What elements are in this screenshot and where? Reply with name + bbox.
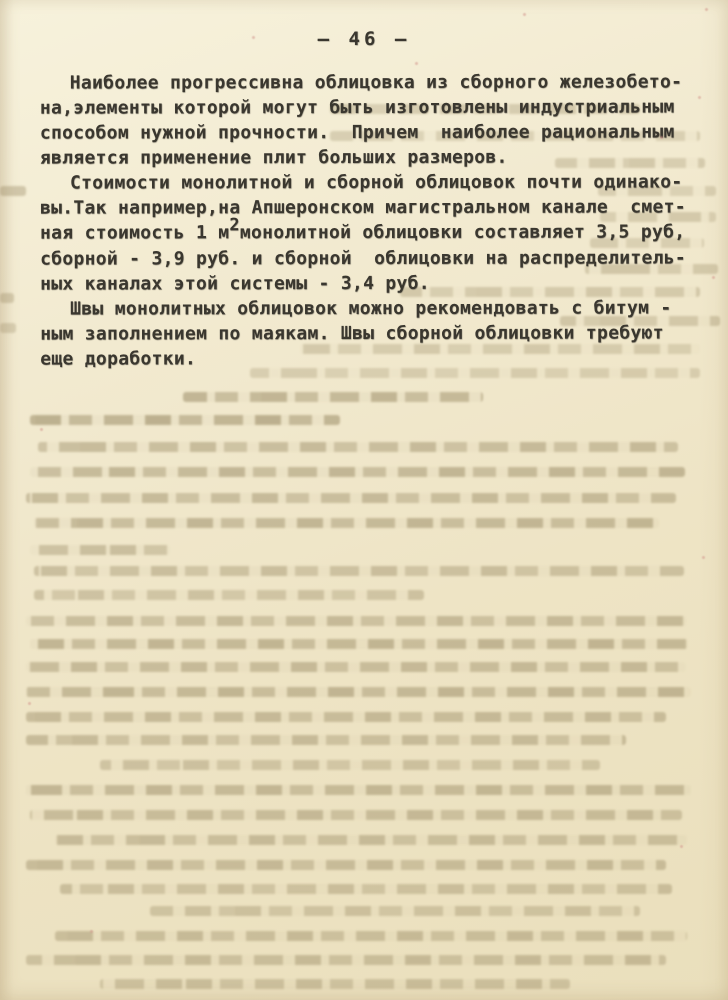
ghost-text-line bbox=[100, 760, 600, 770]
ghost-text-line bbox=[34, 590, 424, 600]
ghost-text-line bbox=[26, 616, 686, 626]
text-line: на,элементы которой могут быть изготовле… bbox=[40, 94, 700, 120]
text-segment: монолитной облицовки составляет 3,5 руб, bbox=[240, 221, 686, 243]
page-number: — 46 — bbox=[0, 28, 728, 50]
ghost-text-line bbox=[55, 835, 687, 845]
text-line: является применение плит больших размеро… bbox=[40, 144, 700, 170]
ghost-text-line bbox=[30, 415, 340, 425]
ghost-text-line bbox=[30, 639, 688, 649]
ghost-text-line bbox=[30, 545, 170, 555]
ghost-text-line bbox=[26, 860, 666, 870]
ghost-text-line bbox=[34, 518, 659, 528]
ghost-text-line bbox=[0, 323, 16, 333]
ghost-text-line bbox=[26, 735, 626, 745]
ghost-text-line bbox=[30, 810, 682, 820]
paragraph: Швы монолитных облицовок можно рекомендо… bbox=[40, 295, 700, 371]
ghost-text-line bbox=[100, 979, 570, 989]
ghost-text-line bbox=[0, 293, 14, 303]
text-line: ным заполнением по маякам. Швы сборной о… bbox=[40, 320, 700, 346]
scan-speckle bbox=[40, 428, 43, 431]
scan-speckle bbox=[705, 8, 708, 11]
scan-speckle bbox=[712, 276, 715, 279]
text-line: Наиболее прогрессивна облицовка из сборн… bbox=[40, 69, 700, 95]
text-line: сборной - 3,9 руб. и сборной облицовки н… bbox=[40, 245, 700, 271]
ghost-text-line bbox=[26, 785, 691, 795]
text-line: вы.Так например,на Апшеронском магистрал… bbox=[40, 194, 700, 220]
scanned-document-page: — 46 — Наиболее прогрессивна облицовка и… bbox=[0, 0, 728, 1000]
scan-speckle bbox=[523, 13, 526, 16]
ghost-text-line bbox=[38, 442, 678, 452]
ghost-text-line bbox=[26, 955, 666, 965]
text-line: ная стоимость 1 м2монолитной облицовки с… bbox=[40, 219, 700, 246]
typewritten-text-body: Наиболее прогрессивна облицовка из сборн… bbox=[40, 69, 701, 371]
ghost-text-line bbox=[26, 493, 676, 503]
superscript-digit: 2 bbox=[229, 213, 240, 238]
ghost-text-line bbox=[34, 566, 684, 576]
paragraph: Наиболее прогрессивна облицовка из сборн… bbox=[40, 69, 700, 170]
ghost-text-line bbox=[26, 712, 666, 722]
ghost-text-line bbox=[150, 906, 640, 916]
scan-speckle bbox=[680, 845, 683, 848]
text-line: Швы монолитных облицовок можно рекомендо… bbox=[40, 295, 700, 321]
text-segment: ная стоимость 1 м bbox=[40, 222, 229, 243]
scan-speckle bbox=[90, 930, 93, 933]
ghost-text-line bbox=[55, 931, 687, 941]
ghost-text-line bbox=[30, 467, 685, 477]
ghost-text-line bbox=[26, 662, 686, 672]
scan-speckle bbox=[28, 702, 31, 705]
paragraph: Стоимости монолитной и сборной облицовок… bbox=[40, 169, 700, 296]
text-line: еще доработки. bbox=[40, 345, 700, 371]
ghost-text-line bbox=[26, 687, 691, 697]
ghost-text-line bbox=[0, 186, 26, 196]
text-line: ных каналах этой системы - 3,4 руб. bbox=[40, 270, 700, 296]
ghost-text-line bbox=[183, 392, 483, 402]
scan-speckle bbox=[415, 62, 418, 65]
text-line: Стоимости монолитной и сборной облицовок… bbox=[40, 169, 700, 195]
text-line: способом нужной прочности. Причем наибол… bbox=[40, 119, 700, 145]
scan-speckle bbox=[702, 556, 705, 559]
ghost-text-line bbox=[60, 884, 672, 894]
